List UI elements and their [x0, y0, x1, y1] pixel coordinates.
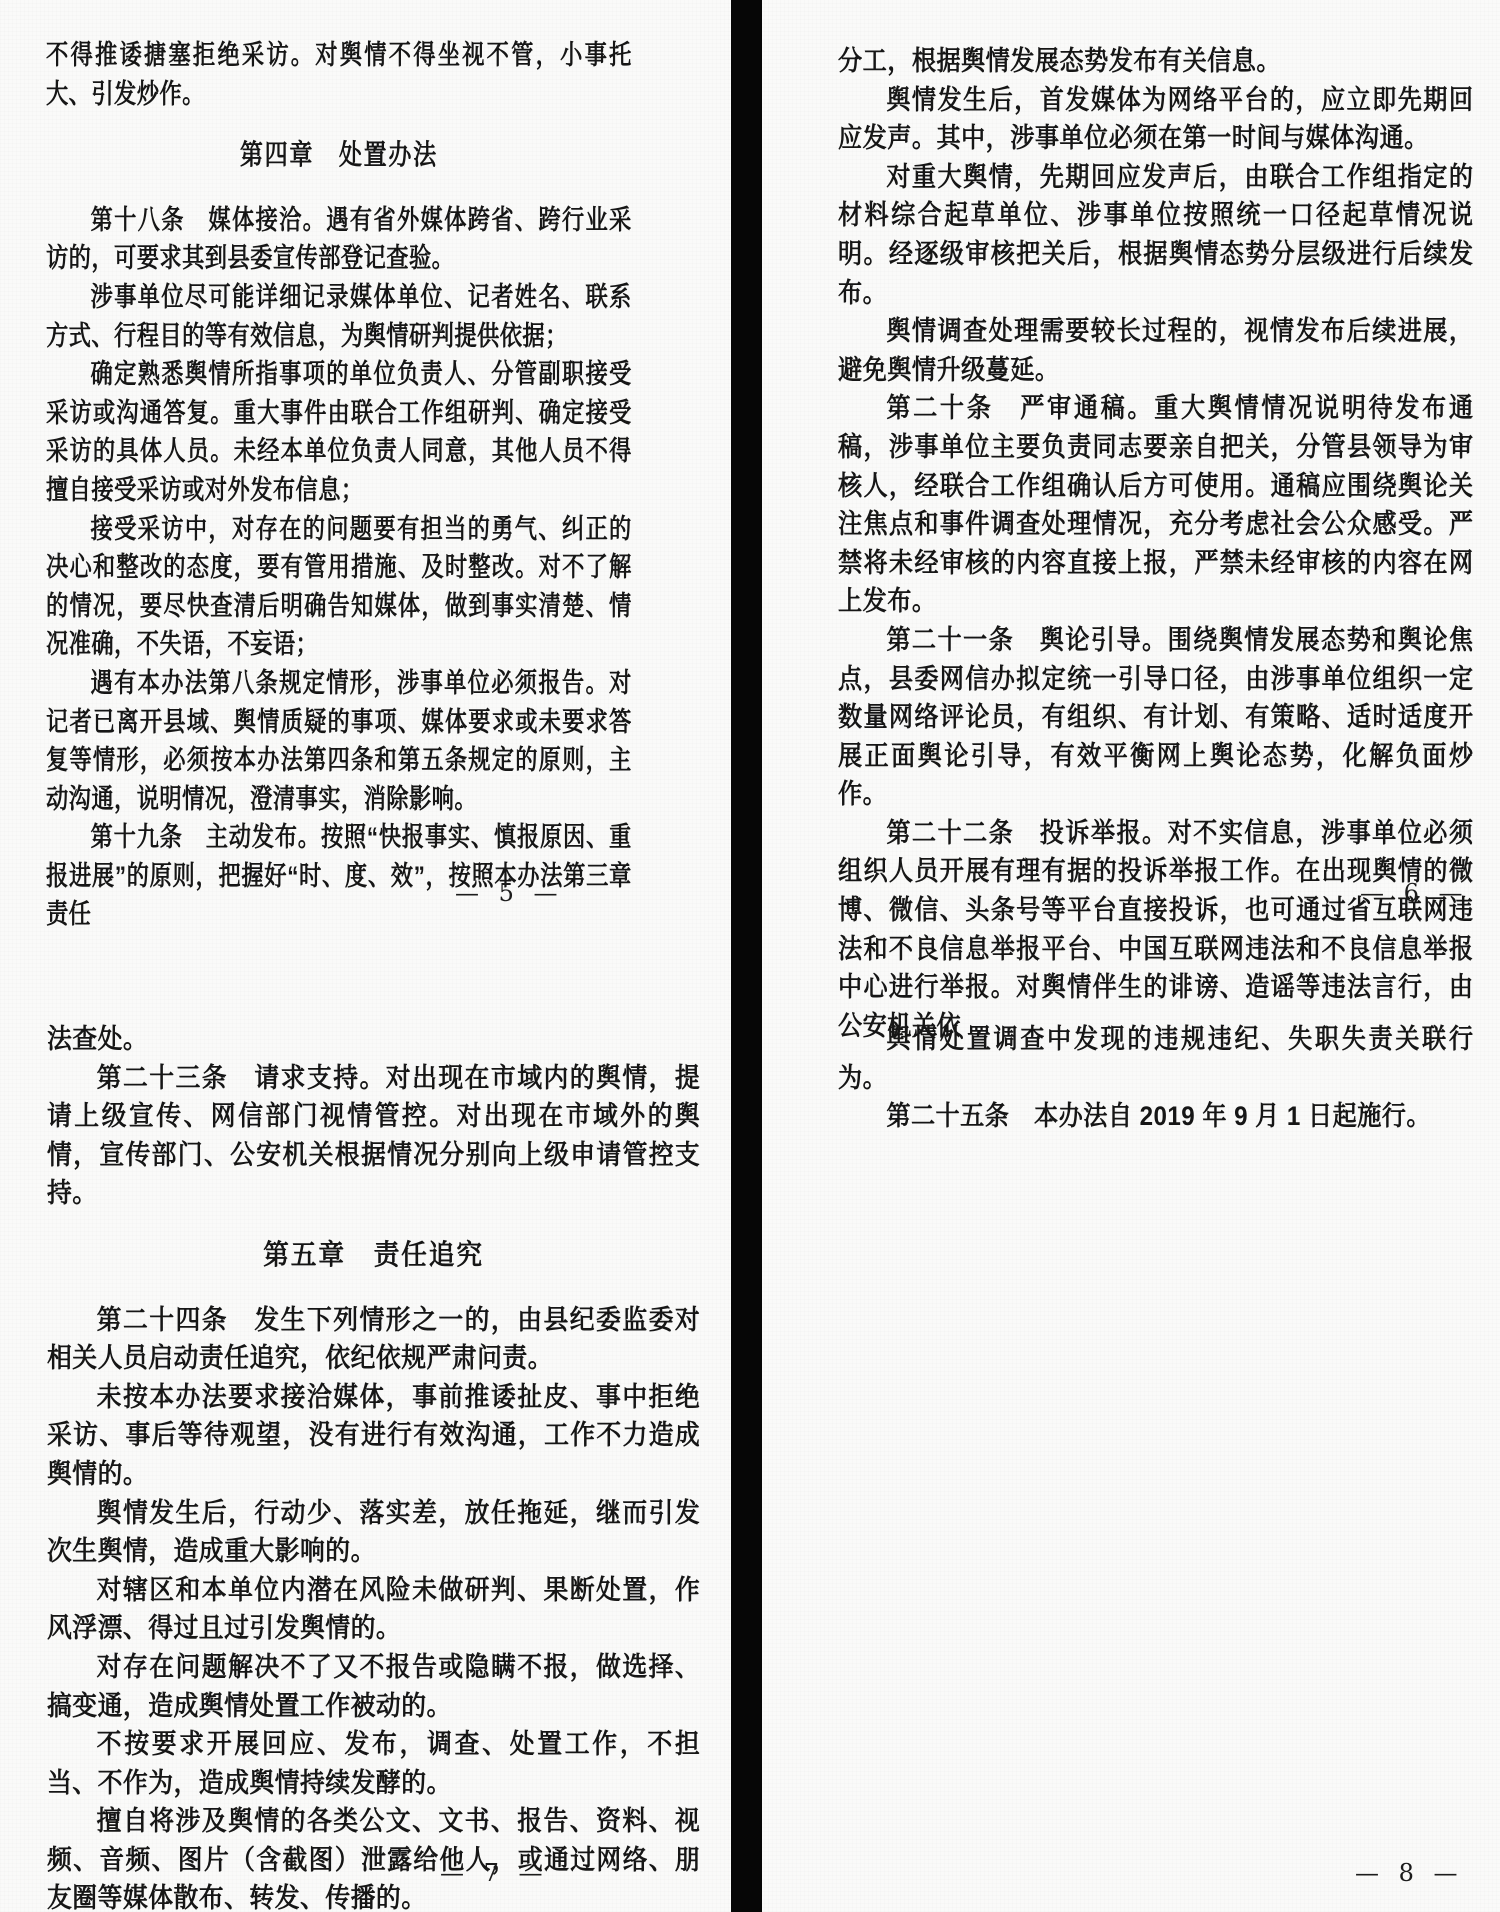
- body-paragraph: 确定熟悉舆情所指事项的单位负责人、分管副职接受采访或沟通答复。重大事件由联合工作…: [46, 355, 632, 509]
- body-paragraph: 第十九条 主动发布。按照“快报事实、慎报原因、重报进展”的原则，把握好“时、度、…: [46, 818, 632, 934]
- page-8: 舆情处置调查中发现的违规违纪、失职失责关联行为。 第二十五条 本办法自 2019…: [763, 956, 1500, 1912]
- body-paragraph: 舆情处置调查中发现的违规违纪、失职失责关联行为。: [838, 1020, 1473, 1097]
- body-paragraph: 遇有本办法第八条规定情形，涉事单位必须报告。对记者已离开县域、舆情质疑的事项、媒…: [46, 664, 632, 818]
- chapter-heading: 第四章 处置办法: [46, 136, 632, 175]
- page-number: — 7 —: [440, 1858, 543, 1888]
- page-5-text-block: 不得推诿搪塞拒绝采访。对舆情不得坐视不管，小事托大、引发炒作。 第四章 处置办法…: [46, 36, 632, 934]
- body-paragraph: 接受采访中，对存在的问题要有担当的勇气、纠正的决心和整改的态度，要有管用措施、及…: [46, 510, 632, 664]
- page-7-text-block: 法查处。 第二十三条 请求支持。对出现在市域内的舆情，提请上级宣传、网信部门视情…: [47, 1020, 700, 1912]
- body-paragraph: 对重大舆情，先期回应发声后，由联合工作组指定的材料综合起草单位、涉事单位按照统一…: [838, 158, 1473, 312]
- body-paragraph: 第二十条 严审通稿。重大舆情情况说明待发布通稿，涉事单位主要负责同志要亲自把关，…: [838, 389, 1473, 621]
- page-number: — 5 —: [455, 878, 558, 908]
- body-paragraph: 对存在问题解决不了又不报告或隐瞒不报，做选择、搞变通，造成舆情处置工作被动的。: [47, 1648, 700, 1725]
- continuation-paragraph: 法查处。: [47, 1020, 700, 1059]
- page-5: 不得推诿搪塞拒绝采访。对舆情不得坐视不管，小事托大、引发炒作。 第四章 处置办法…: [0, 0, 731, 956]
- body-paragraph: 涉事单位尽可能详细记录媒体单位、记者姓名、联系方式、行程目的等有效信息，为舆情研…: [46, 278, 632, 355]
- body-paragraph: 对辖区和本单位内潜在风险未做研判、果断处置，作风浮漂、得过且过引发舆情的。: [47, 1571, 700, 1648]
- page-6: 分工，根据舆情发展态势发布有关信息。 舆情发生后，首发媒体为网络平台的，应立即先…: [763, 0, 1500, 956]
- body-paragraph: 舆情调查处理需要较长过程的，视情发布后续进展，避免舆情升级蔓延。: [838, 312, 1473, 389]
- body-paragraph: 舆情发生后，行动少、落实差，放任拖延，继而引发次生舆情，造成重大影响的。: [47, 1494, 700, 1571]
- body-paragraph: 第二十三条 请求支持。对出现在市域内的舆情，提请上级宣传、网信部门视情管控。对出…: [47, 1059, 700, 1213]
- scan-gutter-bar: [731, 0, 762, 1912]
- body-paragraph: 第二十五条 本办法自 2019 年 9 月 1 日起施行。: [838, 1097, 1473, 1136]
- body-paragraph: 不按要求开展回应、发布，调查、处置工作，不担当、不作为，造成舆情持续发酵的。: [47, 1725, 700, 1802]
- body-paragraph: 未按本办法要求接洽媒体，事前推诿扯皮、事中拒绝采访、事后等待观望，没有进行有效沟…: [47, 1378, 700, 1494]
- chapter-heading: 第五章 责任追究: [47, 1236, 700, 1275]
- continuation-paragraph: 分工，根据舆情发展态势发布有关信息。: [838, 42, 1473, 81]
- body-paragraph: 舆情发生后，首发媒体为网络平台的，应立即先期回应发声。其中，涉事单位必须在第一时…: [838, 81, 1473, 158]
- page-number: — 6 —: [1360, 878, 1463, 908]
- body-paragraph: 第十八条 媒体接洽。遇有省外媒体跨省、跨行业采访的，可要求其到县委宣传部登记查验…: [46, 201, 632, 278]
- page-7: 法查处。 第二十三条 请求支持。对出现在市域内的舆情，提请上级宣传、网信部门视情…: [0, 956, 731, 1912]
- body-paragraph: 第二十四条 发生下列情形之一的，由县纪委监委对相关人员启动责任追究，依纪依规严肃…: [47, 1301, 700, 1378]
- page-8-text-block: 舆情处置调查中发现的违规违纪、失职失责关联行为。 第二十五条 本办法自 2019…: [838, 1020, 1473, 1136]
- continuation-paragraph: 不得推诿搪塞拒绝采访。对舆情不得坐视不管，小事托大、引发炒作。: [46, 36, 632, 113]
- body-paragraph: 第二十一条 舆论引导。围绕舆情发展态势和舆论焦点，县委网信办拟定统一引导口径，由…: [838, 621, 1473, 814]
- body-paragraph: 擅自将涉及舆情的各类公文、文书、报告、资料、视频、音频、图片（含截图）泄露给他人…: [47, 1802, 700, 1912]
- page-number: — 8 —: [1355, 1858, 1458, 1888]
- scanned-document-canvas: 不得推诿搪塞拒绝采访。对舆情不得坐视不管，小事托大、引发炒作。 第四章 处置办法…: [0, 0, 1500, 1912]
